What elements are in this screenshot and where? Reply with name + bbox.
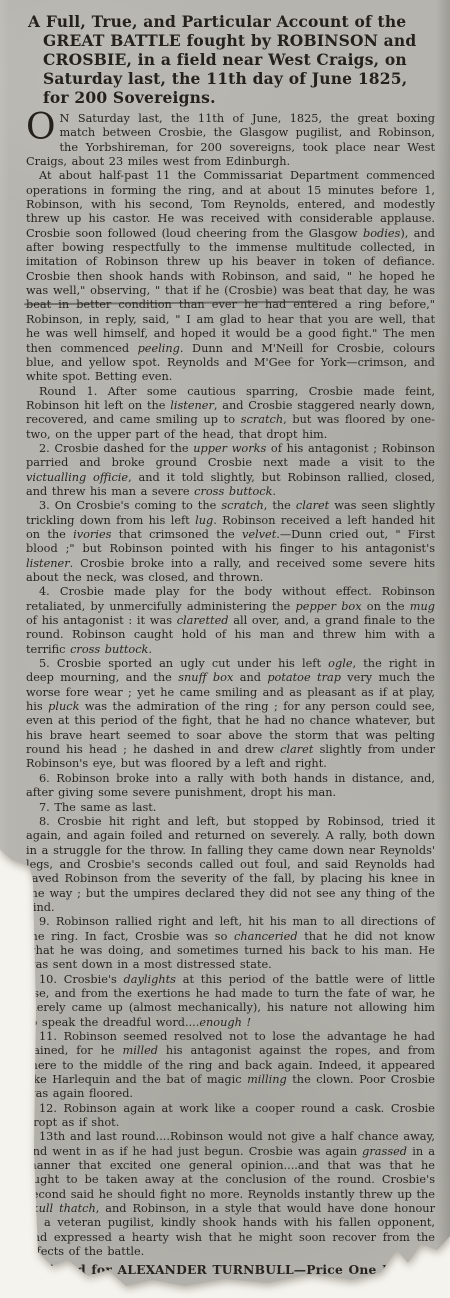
body-paragraph: 2. Crosbie dashed for the upper works of…: [26, 442, 435, 499]
body-paragraph: 3. On Crosbie's coming to the scratch, t…: [26, 499, 435, 585]
round-paragraphs: At about half-past 11 the Commissariat D…: [26, 169, 435, 1259]
article-body: ON Saturday last, the 11th of June, 1825…: [26, 112, 435, 1277]
broadside-paper-wrap: A Full, True, and Particular Account of …: [0, 0, 450, 1298]
opening-paragraph: ON Saturday last, the 11th of June, 1825…: [26, 112, 435, 169]
headline: A Full, True, and Particular Account of …: [26, 12, 435, 107]
body-paragraph: 7. The same as last.: [26, 801, 435, 815]
opening-text: N Saturday last, the 11th of June, 1825,…: [26, 112, 435, 168]
drop-cap: O: [26, 112, 60, 141]
body-paragraph: 10. Crosbie's daylights at this period o…: [26, 973, 435, 1030]
body-paragraph: At about half-past 11 the Commissariat D…: [26, 169, 435, 384]
body-paragraph: 4. Crosbie made play for the body withou…: [26, 585, 435, 657]
body-paragraph: 12. Robinson again at work like a cooper…: [26, 1102, 435, 1131]
body-paragraph: 11. Robinson seemed resolved not to lose…: [26, 1030, 435, 1102]
body-paragraph: 6. Robinson broke into a rally with both…: [26, 772, 435, 801]
scan-background: A Full, True, and Particular Account of …: [0, 0, 450, 1298]
body-paragraph: 13th and last round....Robinson would no…: [26, 1130, 435, 1259]
body-paragraph: Round 1. After some cautious sparring, C…: [26, 385, 435, 442]
body-paragraph: 5. Crosbie sported an ugly cut under his…: [26, 657, 435, 772]
body-paragraph: 8. Crosbie hit right and left, but stopp…: [26, 815, 435, 915]
body-paragraph: 9. Robinson rallied right and left, hit …: [26, 915, 435, 972]
broadside-paper: A Full, True, and Particular Account of …: [0, 0, 450, 1298]
imprint-line: Printed for ALEXANDER TURNBULL—Price One…: [26, 1263, 435, 1277]
